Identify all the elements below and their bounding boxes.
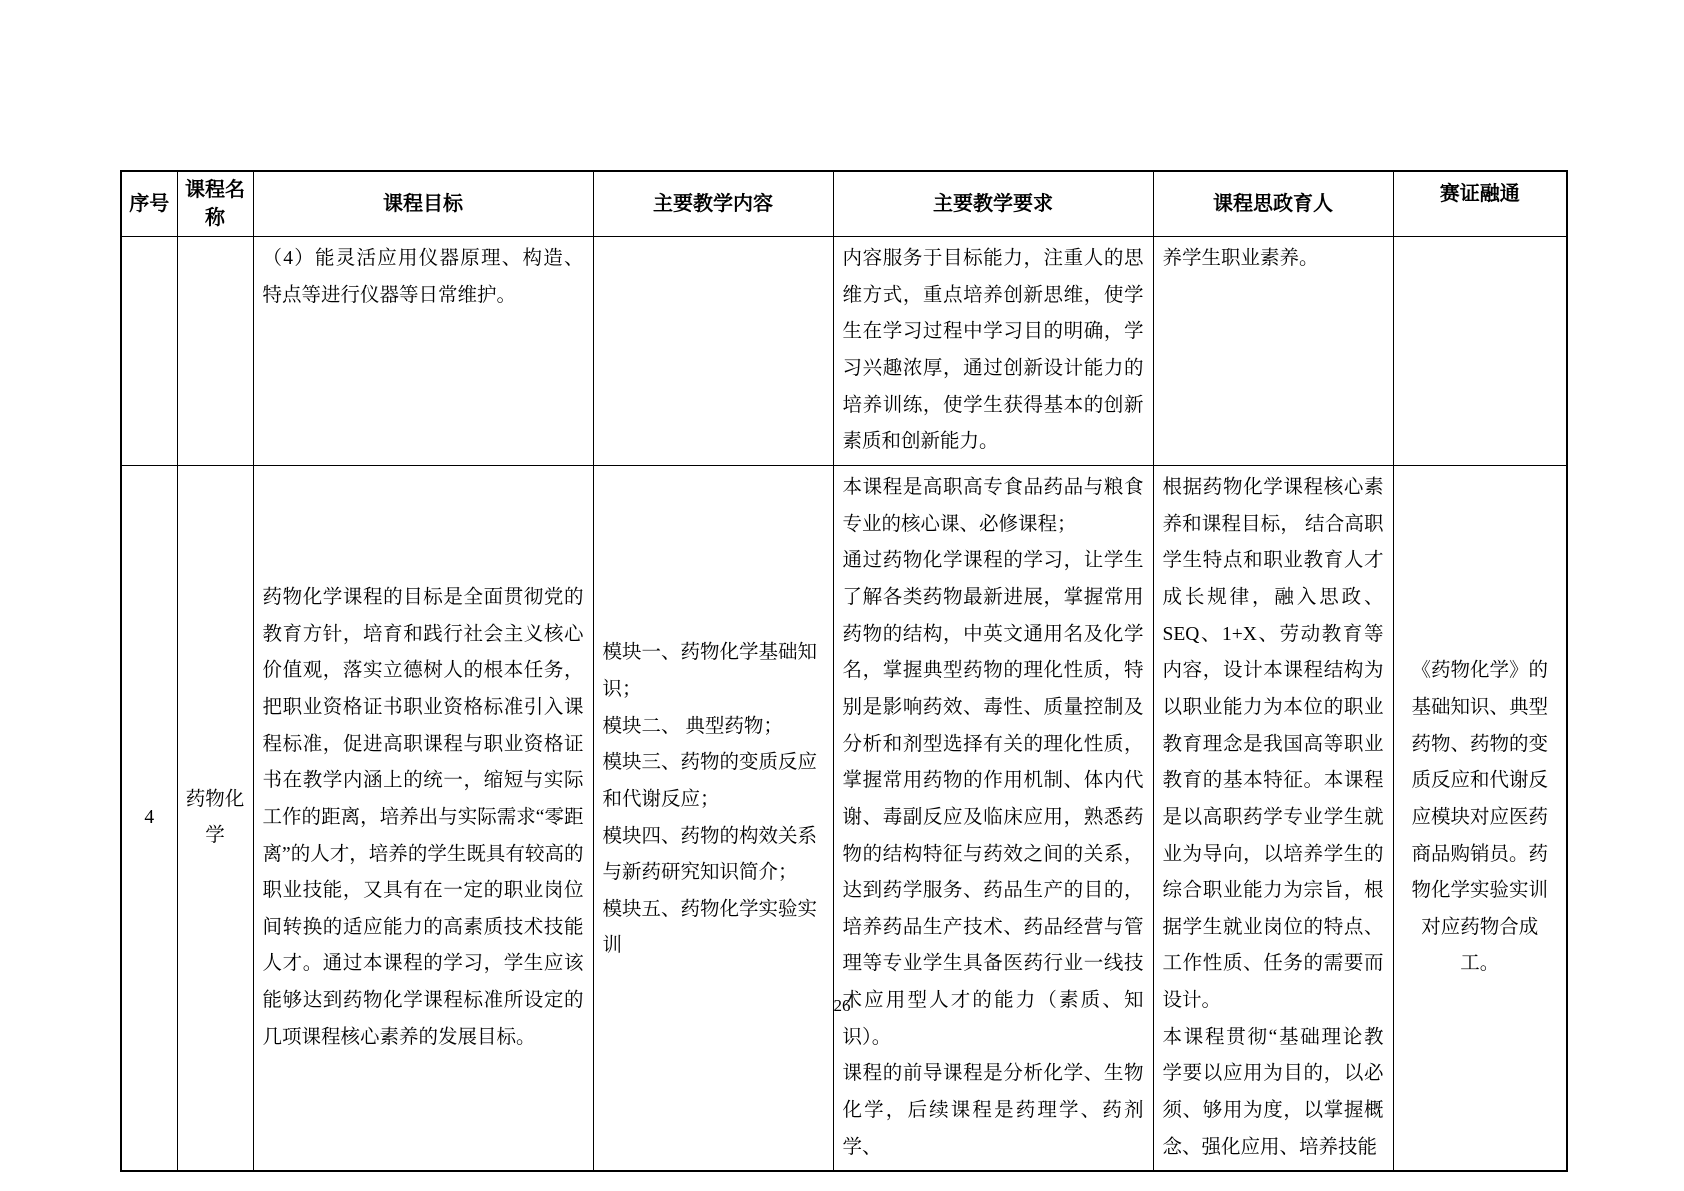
cell-requirements: 内容服务于目标能力，注重人的思维方式，重点培养创新思维，使学生在学习过程中学习目… — [833, 237, 1153, 466]
cell-requirements: 本课程是高职高专食品药品与粮食专业的核心课、必修课程； 通过药物化学课程的学习，… — [833, 465, 1153, 1171]
cell-certificate — [1393, 237, 1567, 466]
cell-ideology: 养学生职业素养。 — [1153, 237, 1393, 466]
header-requirements: 主要教学要求 — [833, 171, 1153, 237]
cell-content: 模块一、药物化学基础知识； 模块二、 典型药物； 模块三、药物的变质反应和代谢反… — [593, 465, 833, 1171]
cell-content — [593, 237, 833, 466]
cell-objectives: 药物化学课程的目标是全面贯彻党的教育方针，培育和践行社会主义核心价值观，落实立德… — [253, 465, 593, 1171]
table-row-pharmaceutical-chemistry: 4 药物化学 药物化学课程的目标是全面贯彻党的教育方针，培育和践行社会主义核心价… — [121, 465, 1567, 1171]
table-row-continuation: （4）能灵活应用仪器原理、构造、特点等进行仪器等日常维护。 内容服务于目标能力，… — [121, 237, 1567, 466]
header-objectives: 课程目标 — [253, 171, 593, 237]
header-content: 主要教学内容 — [593, 171, 833, 237]
document-page: 序号 课程名称 课程目标 主要教学内容 主要教学要求 课程思政育人 赛证融通 （… — [0, 0, 1684, 1191]
table-header-row: 序号 课程名称 课程目标 主要教学内容 主要教学要求 课程思政育人 赛证融通 — [121, 171, 1567, 237]
header-certificate: 赛证融通 — [1393, 171, 1567, 237]
cell-ideology: 根据药物化学课程核心素养和课程目标， 结合高职学生特点和职业教育人才成长规律，融… — [1153, 465, 1393, 1171]
cell-course-name: 药物化学 — [177, 465, 253, 1171]
course-standards-table: 序号 课程名称 课程目标 主要教学内容 主要教学要求 课程思政育人 赛证融通 （… — [120, 170, 1568, 1172]
page-number: 26 — [0, 996, 1684, 1016]
cell-certificate: 《药物化学》的基础知识、典型药物、药物的变质反应和代谢反应模块对应医药商品购销员… — [1393, 465, 1567, 1171]
cell-seq — [121, 237, 177, 466]
header-seq: 序号 — [121, 171, 177, 237]
cell-seq: 4 — [121, 465, 177, 1171]
header-course-name: 课程名称 — [177, 171, 253, 237]
cell-course-name — [177, 237, 253, 466]
header-ideology: 课程思政育人 — [1153, 171, 1393, 237]
cell-objectives: （4）能灵活应用仪器原理、构造、特点等进行仪器等日常维护。 — [253, 237, 593, 466]
